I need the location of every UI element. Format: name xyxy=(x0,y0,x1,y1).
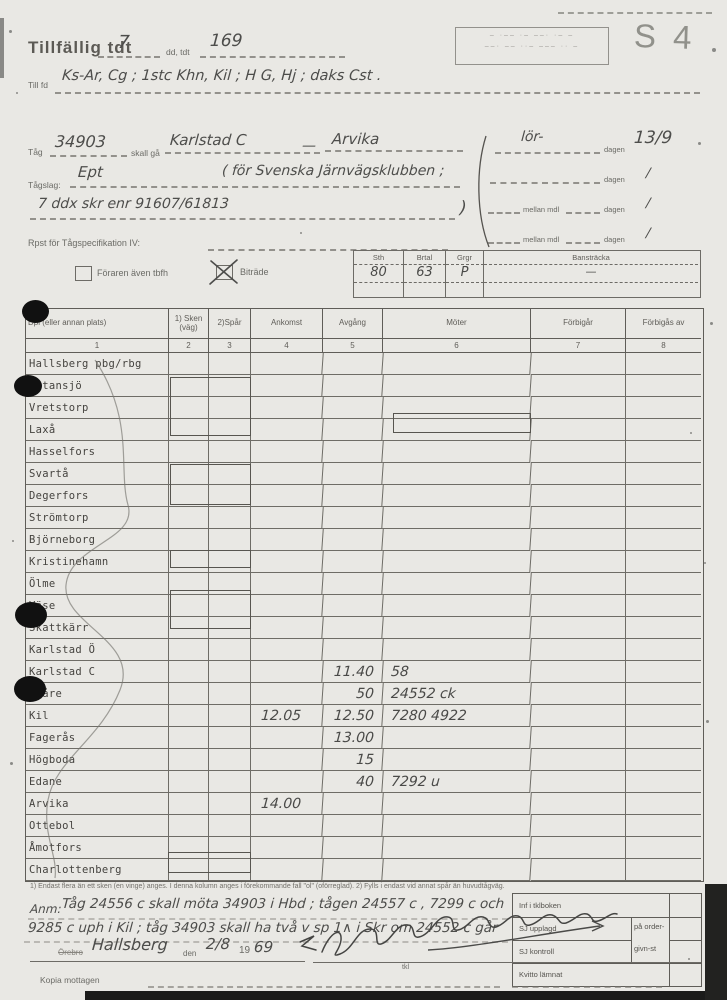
forbigar-cell xyxy=(531,727,626,749)
ctrl-kvitto: Kvitto lämnat xyxy=(519,970,562,979)
avgang-value xyxy=(322,573,384,595)
bitrade-label: Biträde xyxy=(240,267,269,277)
footnote: 1) Endast flera än ett sken (en vinge) a… xyxy=(30,883,705,890)
spec-header-sth: Sth xyxy=(354,251,404,265)
forbigas-cell xyxy=(626,573,701,595)
forbigas-cell xyxy=(626,397,701,419)
table-row: Strömtorp xyxy=(26,507,703,529)
forbigar-cell xyxy=(531,793,626,815)
col-number: 7 xyxy=(531,339,626,353)
sken-cell xyxy=(169,815,209,837)
forbigas-cell xyxy=(626,705,701,727)
table-row: Kristinehamn xyxy=(26,551,703,573)
station-name: Skåre xyxy=(26,683,169,705)
sken-cell xyxy=(169,727,209,749)
rpst-label: Rpst för Tågspecifikation IV: xyxy=(28,238,140,248)
avgang-value xyxy=(322,551,384,573)
moter-value xyxy=(382,463,532,485)
ankomst-value xyxy=(250,639,324,661)
forbigar-cell xyxy=(531,705,626,727)
forbigar-cell xyxy=(531,859,626,881)
day1-value: 13/9 xyxy=(633,128,673,148)
table-row: Skattkärr xyxy=(26,617,703,639)
ankomst-value xyxy=(250,573,324,595)
traintype-value: Ept xyxy=(77,163,103,181)
table-row: Arvika14.00 xyxy=(26,793,703,815)
forbigas-cell xyxy=(626,617,701,639)
ink-blot xyxy=(15,602,47,628)
den-label: den xyxy=(183,949,196,958)
control-box: Inf i tklboken SJ upplagd SJ kontroll på… xyxy=(512,893,702,987)
table-row: Väse xyxy=(26,595,703,617)
avgang-value xyxy=(322,639,384,661)
spar-cell xyxy=(209,507,251,529)
avgang-value xyxy=(322,375,384,397)
sken-cell xyxy=(169,771,209,793)
train-label: Tåg xyxy=(28,147,43,157)
forbigar-cell xyxy=(531,485,626,507)
moter-value xyxy=(382,749,532,771)
ink-blot xyxy=(14,676,46,702)
forbigar-cell xyxy=(531,683,626,705)
moter-value xyxy=(382,815,532,837)
paren-stroke xyxy=(479,136,489,247)
station-name: Åmotfors xyxy=(26,837,169,859)
col-number: 1 xyxy=(26,339,169,353)
station-name: Ölme xyxy=(26,573,169,595)
col-number: 4 xyxy=(251,339,323,353)
forbigar-cell xyxy=(531,353,626,375)
station-name: Kristinehamn xyxy=(26,551,169,573)
table-row: Östansjö xyxy=(26,375,703,397)
station-name: Arvika xyxy=(26,793,169,815)
ankomst-value xyxy=(250,397,324,419)
moter-value xyxy=(382,793,532,815)
station-name: Karlstad C xyxy=(26,661,169,683)
tdt-number: 7 xyxy=(117,32,130,53)
scanned-form: Tillfällig tdt 7 dd, tdt 169 – ·–– ·– ––… xyxy=(0,0,727,1000)
day3-value: / xyxy=(645,196,650,211)
spec-header-brtal: Brtal xyxy=(404,251,446,265)
forbigar-cell xyxy=(531,507,626,529)
table-row: Hallsberg pbg/rbg xyxy=(26,353,703,375)
table-row: Björneborg xyxy=(26,529,703,551)
forbigar-cell xyxy=(531,837,626,859)
remark-line1: Tåg 24556 c skall möta 34903 i Hbd ; tåg… xyxy=(61,896,504,912)
ankomst-value xyxy=(250,859,324,881)
moter-value: 58 xyxy=(382,661,532,683)
ankomst-value xyxy=(250,441,324,463)
sken-cell xyxy=(169,353,209,375)
col-header-moter: Möter xyxy=(383,309,531,339)
forbigar-cell xyxy=(531,573,626,595)
sken-cell xyxy=(169,683,209,705)
ctrl-pa-order: på order- xyxy=(634,922,664,931)
moter-value xyxy=(382,507,532,529)
spar-cell xyxy=(209,639,251,661)
foraren-label: Föraren även tbfh xyxy=(97,268,168,278)
station-name: Vretstorp xyxy=(26,397,169,419)
avgang-value: 13.00 xyxy=(322,727,384,749)
extra-note: 7 ddx skr enr 91607/61813 xyxy=(37,196,229,212)
ankomst-value xyxy=(250,353,324,375)
avgang-value: 11.40 xyxy=(322,661,384,683)
stamp-text-line1: – ·–– ·– ––· ·– – xyxy=(456,32,608,39)
ankomst-value: 12.05 xyxy=(250,705,324,727)
table-row: Charlottenberg xyxy=(26,859,703,881)
forbigas-cell xyxy=(626,793,701,815)
moter-value xyxy=(382,529,532,551)
spar-cell xyxy=(209,815,251,837)
ankomst-value xyxy=(250,463,324,485)
table-row: Laxå xyxy=(26,419,703,441)
avgang-value xyxy=(322,441,384,463)
col-number: 2 xyxy=(169,339,209,353)
forbigas-cell xyxy=(626,771,701,793)
spec-value-sth: 80 xyxy=(354,265,404,283)
ankomst-value xyxy=(250,683,324,705)
forbigas-cell xyxy=(626,529,701,551)
ctrl-sj-kontroll: SJ kontroll xyxy=(519,947,554,956)
train-to: Arvika xyxy=(331,130,380,148)
traintype-label: Tågslag: xyxy=(28,180,61,190)
forbigas-cell xyxy=(626,595,701,617)
table-row: Svartå xyxy=(26,463,703,485)
station-name: Charlottenberg xyxy=(26,859,169,881)
ankomst-value xyxy=(250,661,324,683)
forbigar-cell xyxy=(531,617,626,639)
spar-cell xyxy=(209,727,251,749)
ankomst-value xyxy=(250,375,324,397)
sken-cell xyxy=(169,793,209,815)
col-header-ankomst: Ankomst xyxy=(251,309,323,339)
sken-cell xyxy=(169,529,209,551)
table-row: Edane407292 u xyxy=(26,771,703,793)
table-row: Skåre5024552 ck xyxy=(26,683,703,705)
ankomst-value xyxy=(250,771,324,793)
moter-value xyxy=(382,485,532,507)
spar-cell xyxy=(209,661,251,683)
signature-caption: tkl xyxy=(402,964,409,971)
forbigas-cell xyxy=(626,661,701,683)
moter-value xyxy=(382,595,532,617)
avgang-value: 12.50 xyxy=(322,705,384,727)
station-table-body: Hallsberg pbg/rbgÖstansjöVretstorpLaxåHa… xyxy=(26,353,703,881)
day2-value: / xyxy=(645,166,650,181)
forbigas-cell xyxy=(626,683,701,705)
moter-value: 24552 ck xyxy=(382,683,532,705)
forbigar-cell xyxy=(531,375,626,397)
moter-empty-box xyxy=(393,413,531,433)
ctrl-inf-tklboken: Inf i tklboken xyxy=(519,901,561,910)
spec-value-grgr: P xyxy=(446,265,484,283)
year-printed: 19 xyxy=(239,945,250,956)
station-name: Hallsberg pbg/rbg xyxy=(26,353,169,375)
forbigas-cell xyxy=(626,815,701,837)
scan-edge-right xyxy=(705,884,727,1000)
ankomst-value xyxy=(250,749,324,771)
station-name: Fagerås xyxy=(26,727,169,749)
station-name: Skattkärr xyxy=(26,617,169,639)
day4-prefix: mellan mdl xyxy=(523,235,559,244)
date-handwritten: 2/8 xyxy=(205,935,230,953)
ankomst-value xyxy=(250,529,324,551)
spar-cell xyxy=(209,793,251,815)
traintype-note: ( för Svenska Järnvägsklubben ; xyxy=(221,163,445,179)
table-row: Ottebol xyxy=(26,815,703,837)
scan-edge-left xyxy=(0,18,4,78)
avgang-value xyxy=(322,463,384,485)
station-name: Björneborg xyxy=(26,529,169,551)
avgang-value: 50 xyxy=(322,683,384,705)
ankomst-value xyxy=(250,507,324,529)
ankomst-value xyxy=(250,727,324,749)
kopia-label: Kopia mottagen xyxy=(40,975,100,985)
tdt-mid-value: 169 xyxy=(209,31,243,51)
moter-value xyxy=(382,441,532,463)
sken-cell xyxy=(169,507,209,529)
station-name: Degerfors xyxy=(26,485,169,507)
ankomst-value xyxy=(250,815,324,837)
col-number: 8 xyxy=(626,339,701,353)
station-name: Högboda xyxy=(26,749,169,771)
avgang-value xyxy=(322,837,384,859)
sken-cell xyxy=(169,441,209,463)
spar-cell xyxy=(209,683,251,705)
col-header-forbigas: Förbigås av xyxy=(626,309,701,339)
ink-blot xyxy=(22,300,49,323)
table-row: Fagerås13.00 xyxy=(26,727,703,749)
place-printed: Örebro xyxy=(58,948,83,957)
forbigas-cell xyxy=(626,859,701,881)
moter-value: 7292 u xyxy=(382,771,532,793)
day1-hand-prefix: lör- xyxy=(520,129,544,145)
paren-close: ) xyxy=(459,198,467,218)
table-row: Karlstad C11.4058 xyxy=(26,661,703,683)
forbigas-cell xyxy=(626,837,701,859)
station-name: Östansjö xyxy=(26,375,169,397)
ankomst-value xyxy=(250,837,324,859)
forbigar-cell xyxy=(531,463,626,485)
moter-value xyxy=(382,573,532,595)
stamp-box: – ·–– ·– ––· ·– – ––· –– ··– ––– ·· – xyxy=(455,27,609,65)
remark-label: Anm: xyxy=(30,902,63,916)
forbigar-cell xyxy=(531,529,626,551)
moter-value xyxy=(382,727,532,749)
avgang-value xyxy=(322,353,384,375)
avgang-value xyxy=(322,397,384,419)
train-from: Karlstad C xyxy=(169,131,247,149)
spar-cell xyxy=(209,771,251,793)
moter-value xyxy=(382,639,532,661)
ink-blot xyxy=(14,375,42,397)
section-box xyxy=(170,550,251,568)
spar-cell xyxy=(209,749,251,771)
forbigas-cell xyxy=(626,727,701,749)
day3-prefix: mellan mdl xyxy=(523,205,559,214)
col-header-forbigar: Förbigår xyxy=(531,309,626,339)
moter-value xyxy=(382,859,532,881)
forbigas-cell xyxy=(626,463,701,485)
train-run-label: skall gå xyxy=(131,148,160,158)
col-number: 5 xyxy=(323,339,383,353)
station-name: Strömtorp xyxy=(26,507,169,529)
spec-value-brtal: 63 xyxy=(404,265,446,283)
day4-label: dagen xyxy=(604,235,625,244)
moter-value xyxy=(382,353,532,375)
forbigar-cell xyxy=(531,749,626,771)
section-box xyxy=(170,464,251,505)
remark-line2: 9285 c uph i Kil ; tåg 34903 skall ha tv… xyxy=(27,920,498,936)
forbigar-cell xyxy=(531,419,626,441)
table-row: Karlstad Ö xyxy=(26,639,703,661)
moter-value xyxy=(382,375,532,397)
to-label: Till fd xyxy=(28,80,48,90)
moter-value xyxy=(382,617,532,639)
forbigas-cell xyxy=(626,441,701,463)
section-box xyxy=(170,590,251,629)
forbigas-cell xyxy=(626,639,701,661)
moter-value xyxy=(382,551,532,573)
table-row: Vretstorp xyxy=(26,397,703,419)
spar-cell xyxy=(209,353,251,375)
forbigar-cell xyxy=(531,551,626,573)
station-name: Väse xyxy=(26,595,169,617)
table-row: Högboda15 xyxy=(26,749,703,771)
avgang-value xyxy=(322,507,384,529)
day1-label: dagen xyxy=(604,145,625,154)
station-name: Kil xyxy=(26,705,169,727)
tdt-mid-label: dd, tdt xyxy=(166,47,190,57)
foraren-checkbox xyxy=(75,266,92,281)
bitrade-checkbox xyxy=(216,265,233,280)
avgang-value xyxy=(322,859,384,881)
spec-value-banstracka: — xyxy=(484,265,698,283)
ctrl-givn-st: givn-st xyxy=(634,944,656,953)
station-name: Karlstad Ö xyxy=(26,639,169,661)
forbigar-cell xyxy=(531,661,626,683)
avgang-value: 40 xyxy=(322,771,384,793)
ankomst-value xyxy=(250,551,324,573)
scan-dash-artifact xyxy=(558,12,712,14)
station-name: Edane xyxy=(26,771,169,793)
avgang-value xyxy=(322,485,384,507)
forbigar-cell xyxy=(531,771,626,793)
avgang-value xyxy=(322,617,384,639)
stamp-text-line2: ––· –– ··– ––– ·· – xyxy=(456,43,608,50)
day2-label: dagen xyxy=(604,175,625,184)
station-name: Laxå xyxy=(26,419,169,441)
spec-header-banstracka: Bansträcka xyxy=(484,251,698,265)
spec-table: Sth Brtal Grgr Bansträcka 80 63 P — xyxy=(353,250,701,298)
col-header-spar: 2)Spår xyxy=(209,309,251,339)
spar-cell xyxy=(209,529,251,551)
section-box xyxy=(168,852,251,873)
avgang-value xyxy=(322,595,384,617)
route-dash: — xyxy=(301,138,316,154)
avgang-value xyxy=(322,419,384,441)
table-row: Kil12.0512.507280 4922 xyxy=(26,705,703,727)
ankomst-value xyxy=(250,485,324,507)
year-handwritten: 69 xyxy=(253,938,273,956)
section-box xyxy=(170,377,251,436)
forbigar-cell xyxy=(531,441,626,463)
col-header-avgang: Avgång xyxy=(323,309,383,339)
to-value: Ks-Ar, Cg ; 1stc Khn, Kil ; H G, Hj ; da… xyxy=(61,68,382,84)
spar-cell xyxy=(209,705,251,727)
station-name: Ottebol xyxy=(26,815,169,837)
scan-edge-bottom xyxy=(85,991,727,1000)
forbigas-cell xyxy=(626,419,701,441)
moter-value xyxy=(382,837,532,859)
forbigar-cell xyxy=(531,595,626,617)
table-row: Degerfors xyxy=(26,485,703,507)
spar-cell xyxy=(209,441,251,463)
forbigas-cell xyxy=(626,749,701,771)
col-header-sken: 1) Sken (väg) xyxy=(169,309,209,339)
table-row: Ölme xyxy=(26,573,703,595)
avgang-value xyxy=(322,815,384,837)
form-code: S 4 xyxy=(633,17,696,57)
station-name: Hasselfors xyxy=(26,441,169,463)
sken-cell xyxy=(169,749,209,771)
forbigar-cell xyxy=(531,639,626,661)
forbigas-cell xyxy=(626,375,701,397)
sken-cell xyxy=(169,661,209,683)
spec-header-grgr: Grgr xyxy=(446,251,484,265)
table-row: Hasselfors xyxy=(26,441,703,463)
day3-label: dagen xyxy=(604,205,625,214)
ankomst-value: 14.00 xyxy=(250,793,324,815)
forbigar-cell xyxy=(531,397,626,419)
col-number: 3 xyxy=(209,339,251,353)
day4-value: / xyxy=(645,226,650,241)
forbigas-cell xyxy=(626,551,701,573)
forbigas-cell xyxy=(626,353,701,375)
forbigar-cell xyxy=(531,815,626,837)
avgang-value: 15 xyxy=(322,749,384,771)
forbigas-cell xyxy=(626,485,701,507)
ankomst-value xyxy=(250,419,324,441)
timetable: Dpl (eller annan plats) 1) Sken (väg) 2)… xyxy=(25,308,704,882)
col-number: 6 xyxy=(383,339,531,353)
sken-cell xyxy=(169,639,209,661)
train-number: 34903 xyxy=(54,132,106,151)
forbigas-cell xyxy=(626,507,701,529)
ankomst-value xyxy=(250,595,324,617)
place-handwritten: Hallsberg xyxy=(91,935,168,954)
ankomst-value xyxy=(250,617,324,639)
avgang-value xyxy=(322,793,384,815)
table-row: Åmotfors xyxy=(26,837,703,859)
moter-value: 7280 4922 xyxy=(382,705,532,727)
avgang-value xyxy=(322,529,384,551)
sken-cell xyxy=(169,705,209,727)
ctrl-sj-upplagd: SJ upplagd xyxy=(519,924,557,933)
station-name: Svartå xyxy=(26,463,169,485)
